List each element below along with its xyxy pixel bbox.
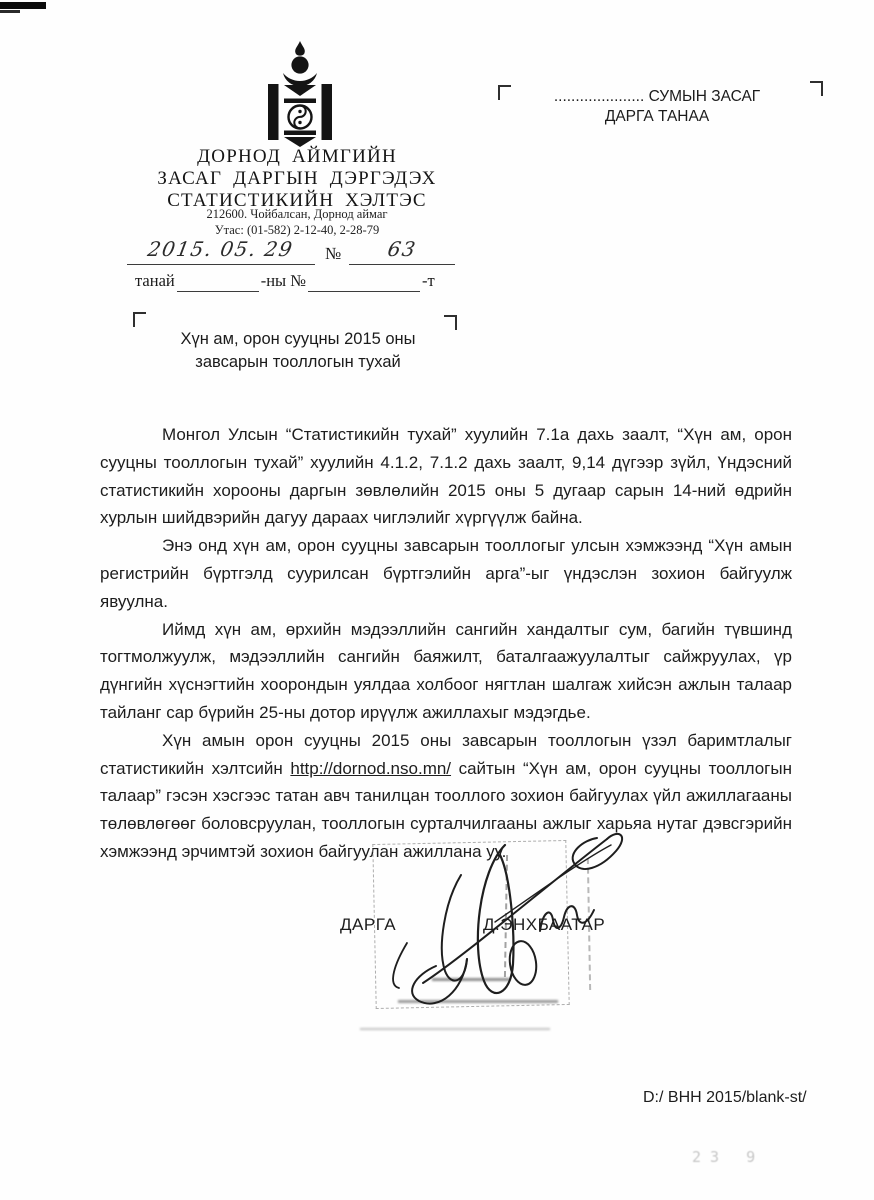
soyombo-emblem-icon [254, 40, 346, 148]
paragraph-3: Иймд хүн ам, өрхийн мэдээллийн сангийн х… [100, 616, 792, 727]
subject-line-1: Хүн ам, орон сууцны 2015 оны [150, 328, 446, 351]
numero-sign: № [315, 244, 349, 265]
date-underline-segment: 2015. 05. 29 [127, 237, 315, 265]
reply-blank-1 [177, 267, 259, 292]
scanned-letter-page: ДОРНОД АЙМГИЙН ЗАСАГ ДАРГЫН ДЭРГЭДЭХ СТА… [0, 0, 874, 1200]
scan-artifact-bar [0, 2, 46, 9]
ref-reply-line: танай -ны № -т [133, 267, 473, 292]
handwritten-number: 63 [386, 237, 419, 261]
reply-mid-label: -ны № [259, 271, 308, 292]
ref-date-number-line: 2015. 05. 29 № 63 [127, 237, 460, 265]
reply-suffix-label: -т [420, 271, 437, 292]
corner-mark-recipient-right [810, 81, 823, 96]
document-file-path: D:/ BHH 2015/blank-st/ [643, 1089, 807, 1107]
website-url-text: http://dornod.nso.mn/ [290, 759, 451, 778]
stamp-smudge [360, 1028, 550, 1030]
letter-body: Монгол Улсын “Статистикийн тухай” хуулий… [100, 421, 792, 866]
scan-artifact-bar-small [0, 10, 20, 13]
org-name-block: ДОРНОД АЙМГИЙН ЗАСАГ ДАРГЫН ДЭРГЭДЭХ СТА… [92, 146, 502, 212]
subject-line-2: завсарын тооллогын тухай [150, 351, 446, 374]
subject-block: Хүн ам, орон сууцны 2015 оны завсарын то… [150, 328, 446, 374]
recipient-line-1: ..................... СУМЫН ЗАСАГ [518, 87, 796, 107]
paragraph-2: Энэ онд хүн ам, орон сууцны завсарын тоо… [100, 532, 792, 615]
org-phone-line: Утас: (01-582) 2-12-40, 2-28-79 [92, 223, 502, 239]
org-address-block: 212600. Чойбалсан, Дорнод аймаг Утас: (0… [92, 207, 502, 238]
corner-mark-subject-left [133, 312, 146, 327]
paragraph-1: Монгол Улсын “Статистикийн тухай” хуулий… [100, 421, 792, 532]
recipient-block: ..................... СУМЫН ЗАСАГ ДАРГА … [518, 87, 796, 127]
reply-prefix-label: танай [133, 271, 177, 292]
reply-blank-2 [308, 267, 420, 292]
handwritten-date: 2015. 05. 29 [146, 237, 295, 261]
recipient-line-2: ДАРГА ТАНАА [518, 107, 796, 127]
signer-name: Д.ЭНХБААТАР [483, 915, 605, 935]
signer-title: ДАРГА [340, 915, 396, 935]
faint-page-stamp: 23 9 [692, 1148, 764, 1166]
org-name-line-2: ЗАСАГ ДАРГЫН ДЭРГЭДЭХ [92, 168, 502, 190]
corner-mark-recipient-left [498, 85, 511, 100]
number-underline-segment: 63 [349, 237, 455, 265]
org-address-line: 212600. Чойбалсан, Дорнод аймаг [92, 207, 502, 223]
org-name-line-1: ДОРНОД АЙМГИЙН [92, 146, 502, 168]
